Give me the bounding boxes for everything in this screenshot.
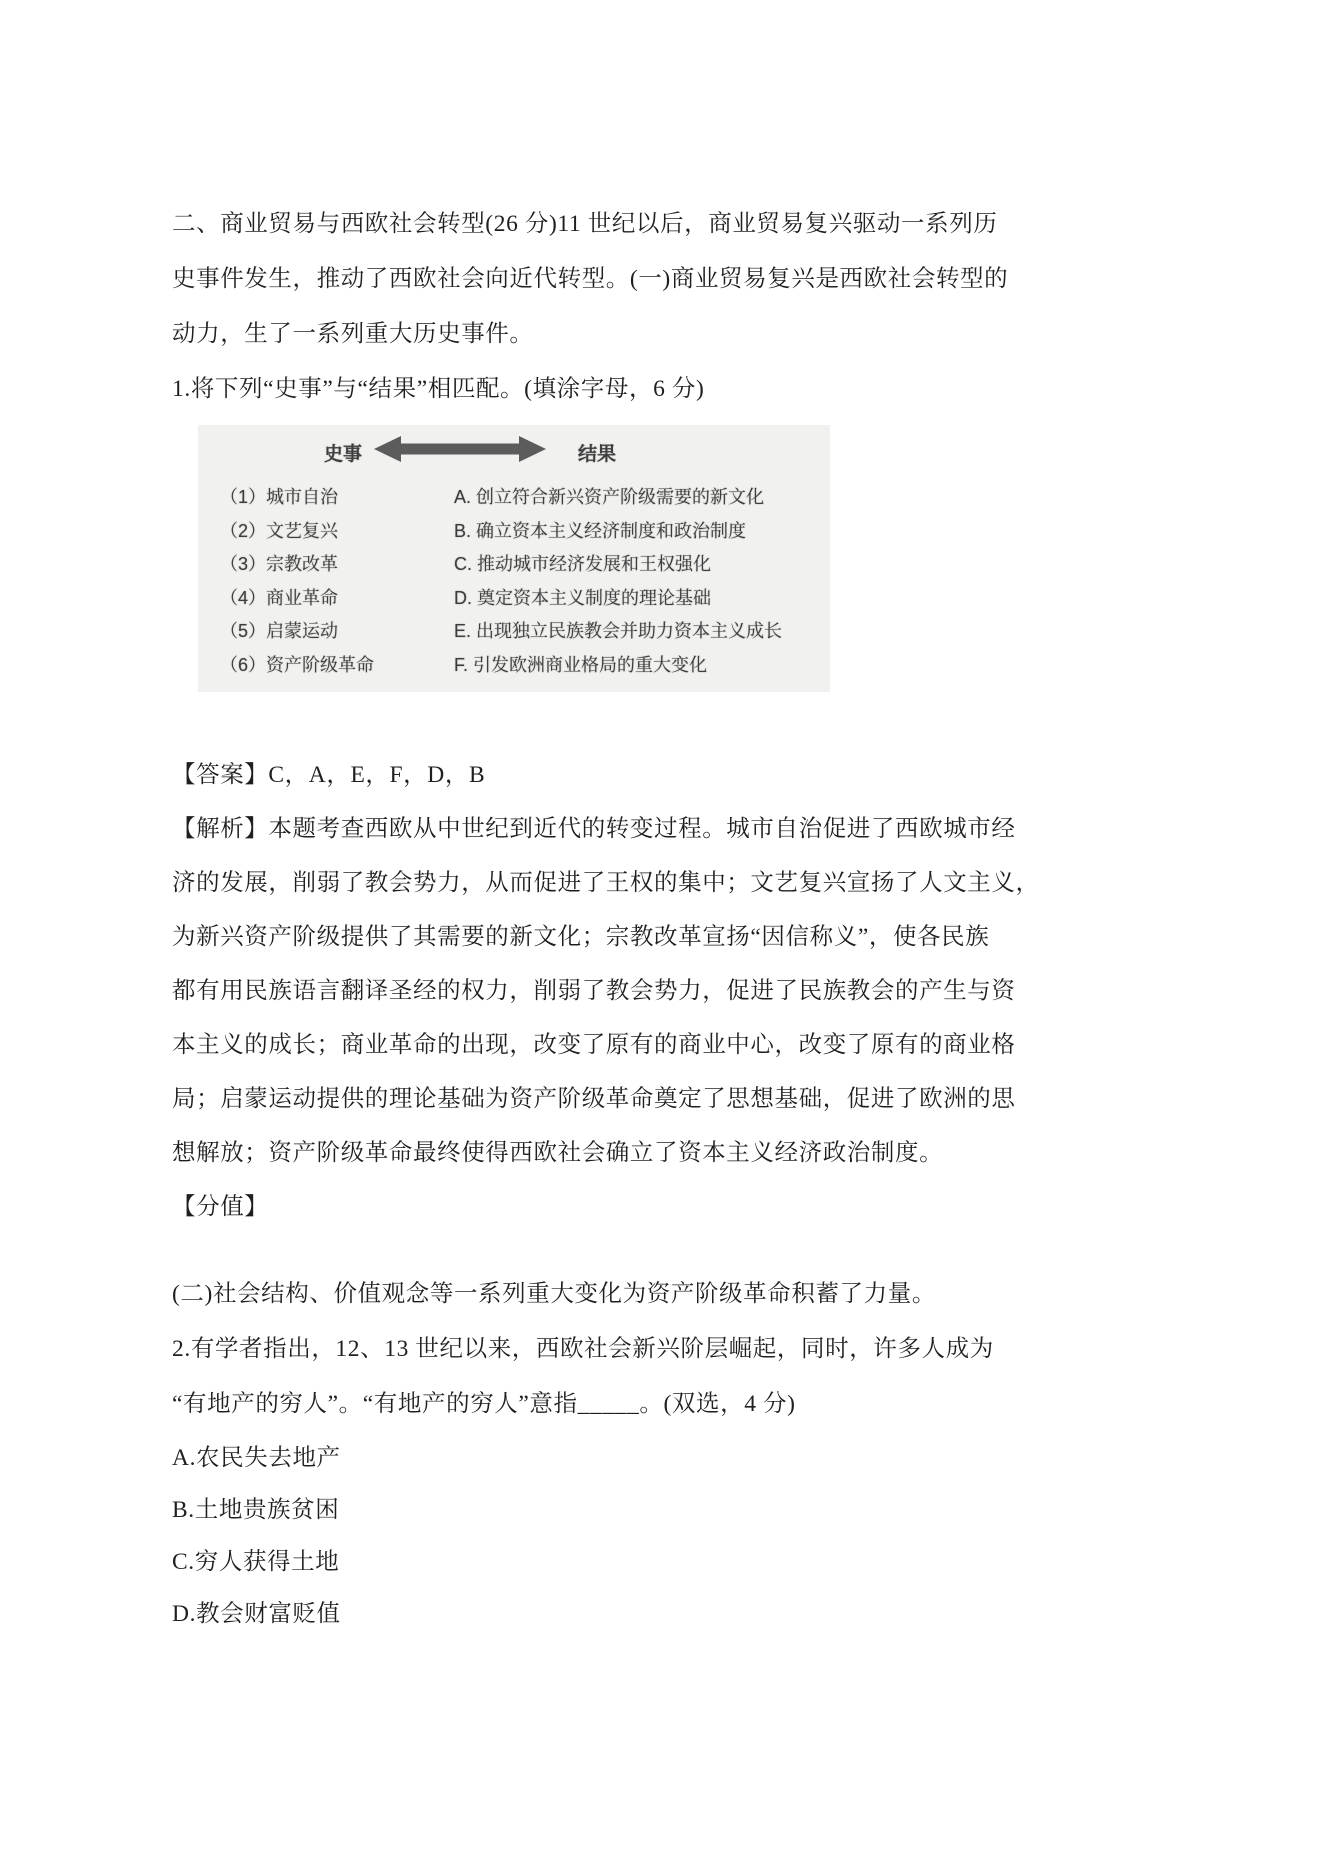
analysis-line: 局；启蒙运动提供的理论基础为资产阶级革命奠定了思想基础，促进了欧洲的思: [172, 1072, 1152, 1126]
event-item: （1）城市自治: [220, 481, 374, 515]
option-b: B.土地贵族贫困: [172, 1484, 1152, 1536]
document-page: 二、商业贸易与西欧社会转型(26 分)11 世纪以后，商业贸易复兴驱动一系列历 …: [0, 0, 1323, 1871]
score-line: 【分值】: [172, 1180, 1152, 1234]
intro-line-2: 史事件发生，推动了西欧社会向近代转型。(一)商业贸易复兴是西欧社会转型的: [172, 252, 1152, 307]
result-item: A. 创立符合新兴资产阶级需要的新文化: [454, 481, 782, 515]
result-item: F. 引发欧洲商业格局的重大变化: [454, 649, 782, 683]
event-item: （3）宗教改革: [220, 548, 374, 582]
result-item: D. 奠定资本主义制度的理论基础: [454, 582, 782, 616]
analysis-line: 本主义的成长；商业革命的出现，改变了原有的商业中心，改变了原有的商业格: [172, 1018, 1152, 1072]
events-list: （1）城市自治 （2）文艺复兴 （3）宗教改革 （4）商业革命 （5）启蒙运动 …: [220, 481, 374, 682]
part2-intro-line: (二)社会结构、价值观念等一系列重大变化为资产阶级革命积蓄了力量。: [172, 1267, 1152, 1322]
event-item: （4）商业革命: [220, 582, 374, 616]
results-list: A. 创立符合新兴资产阶级需要的新文化 B. 确立资本主义经济制度和政治制度 C…: [454, 481, 782, 682]
question2-stem-line-2: “有地产的穷人”。“有地产的穷人”意指_____。(双选，4 分): [172, 1377, 1152, 1432]
intro-line-1: 二、商业贸易与西欧社会转型(26 分)11 世纪以后，商业贸易复兴驱动一系列历: [172, 197, 1152, 252]
event-item: （6）资产阶级革命: [220, 649, 374, 683]
analysis-line: 【解析】本题考查西欧从中世纪到近代的转变过程。城市自治促进了西欧城市经: [172, 802, 1152, 856]
section2-intro-block: 二、商业贸易与西欧社会转型(26 分)11 世纪以后，商业贸易复兴驱动一系列历 …: [172, 197, 1152, 417]
analysis-line: 想解放；资产阶级革命最终使得西欧社会确立了资本主义经济政治制度。: [172, 1126, 1152, 1180]
result-item: C. 推动城市经济发展和王权强化: [454, 548, 782, 582]
result-item: E. 出现独立民族教会并助力资本主义成长: [454, 615, 782, 649]
matching-figure: 史事 结果 （1）城市自治 （2）文艺复兴 （3）宗教改革 （4）商业革命 （5…: [198, 425, 830, 692]
analysis-line: 为新兴资产阶级提供了其需要的新文化；宗教改革宣扬“因信称义”，使各民族: [172, 910, 1152, 964]
result-item: B. 确立资本主义经济制度和政治制度: [454, 515, 782, 549]
intro-line-3: 动力，生了一系列重大历史事件。: [172, 307, 1152, 362]
analysis-line: 都有用民族语言翻译圣经的权力，削弱了教会势力，促进了民族教会的产生与资: [172, 964, 1152, 1018]
question2-stem-line-1: 2.有学者指出，12、13 世纪以来，西欧社会新兴阶层崛起，同时，许多人成为: [172, 1322, 1152, 1377]
question2-block: (二)社会结构、价值观念等一系列重大变化为资产阶级革命积蓄了力量。 2.有学者指…: [172, 1267, 1152, 1640]
results-header-label: 结果: [578, 439, 616, 466]
option-c: C.穷人获得土地: [172, 1536, 1152, 1588]
answer-analysis-block: 【答案】C，A，E，F，D，B 【解析】本题考查西欧从中世纪到近代的转变过程。城…: [172, 748, 1152, 1234]
event-item: （2）文艺复兴: [220, 515, 374, 549]
option-a: A.农民失去地产: [172, 1432, 1152, 1484]
answer-line: 【答案】C，A，E，F，D，B: [172, 748, 1152, 802]
option-d: D.教会财富贬值: [172, 1588, 1152, 1640]
question1-stem: 1.将下列“史事”与“结果”相匹配。(填涂字母，6 分): [172, 362, 1152, 417]
analysis-line: 济的发展，削弱了教会势力，从而促进了王权的集中；文艺复兴宣扬了人文主义，: [172, 856, 1152, 910]
events-header-label: 史事: [324, 439, 362, 466]
event-item: （5）启蒙运动: [220, 615, 374, 649]
double-arrow-icon: [374, 434, 546, 464]
